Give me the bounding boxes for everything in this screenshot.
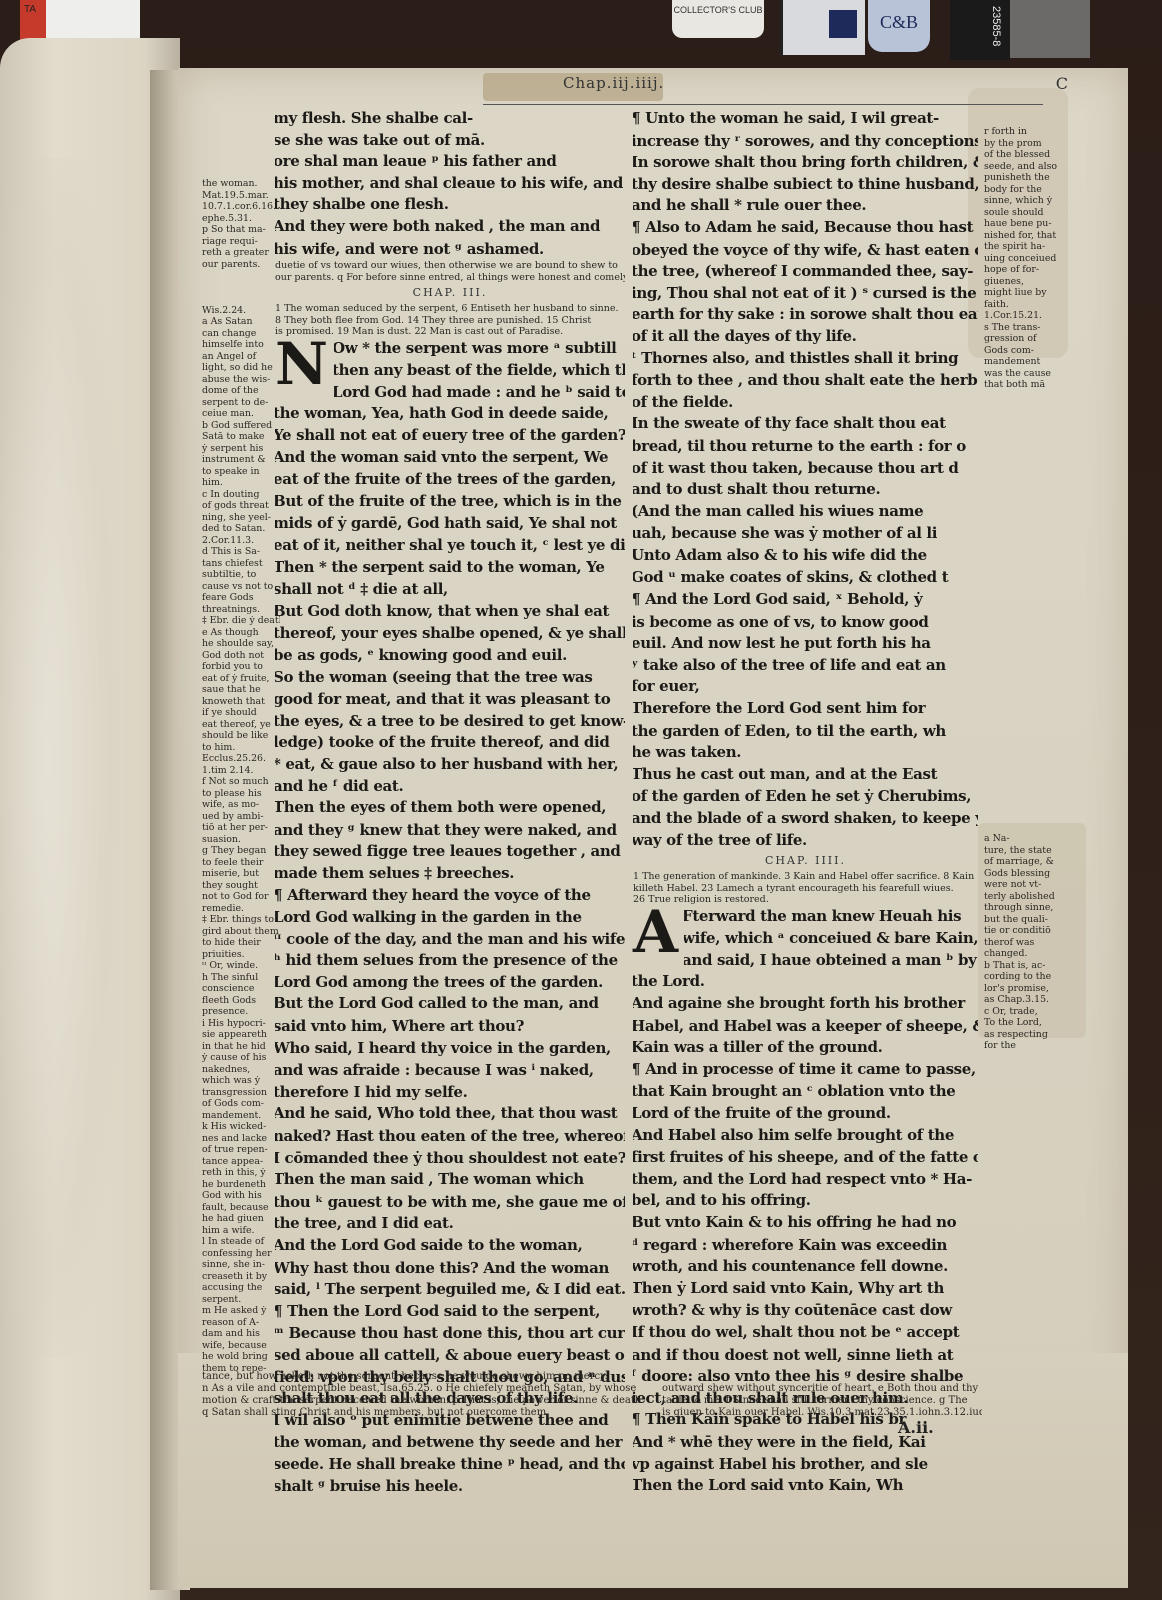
verse-line: then any beast of the fielde, which the (334, 360, 625, 382)
note-line: knoweth that (202, 696, 280, 708)
verse-line: 5But God doth know, that when ye shal ea… (275, 601, 625, 624)
right-text-column: 16¶ Unto the woman he said, I wil great-… (633, 108, 978, 1498)
verse-line: of it all the dayes of thy life. (633, 326, 978, 348)
verse-line: 13And the Lord God saide to the woman, (275, 1235, 625, 1258)
verse-text: But God doth know, that when ye shal eat (275, 602, 609, 620)
verse-text: seede. He shall breake thine ᵖ head, and… (275, 1455, 625, 1473)
note-line: ephe.5.31. (202, 213, 280, 225)
verse-text: se she was take out of mā. (275, 131, 485, 149)
verse-line: good for meat, and that it was pleasant … (275, 689, 625, 711)
collector-mug: COLLECTOR'S CLUB (672, 0, 764, 38)
note-line: e As though (202, 627, 280, 639)
note-line: of the blessed (984, 149, 1064, 161)
verse-line: earth for thy sake : in sorowe shalt tho… (633, 304, 978, 326)
verse-line: is become as one of vs, to know good (633, 612, 978, 634)
verse-text: And the woman said vnto the serpent, We (275, 448, 608, 466)
verse-text: the eyes, & a tree to be desired to get … (275, 712, 625, 730)
note-line: To the Lord, (984, 1017, 1064, 1029)
verse-line: 24Thus he cast out man, and at the East (633, 764, 978, 787)
verse-text: sed aboue all cattell, & aboue euery bea… (275, 1346, 625, 1364)
chapter-3-verses-continued: 16¶ Unto the woman he said, I wil great-… (633, 108, 978, 851)
verse-line: ʰ hid them selues from the presence of t… (275, 950, 625, 972)
note-line: riage requi- (202, 236, 280, 248)
note-line: as Chap.3.15. (984, 994, 1064, 1006)
verse-text: uah, because she was ẏ mother of al li (633, 524, 937, 542)
verse-line: the eyes, & a tree to be desired to get … (275, 711, 625, 733)
verse-text: and the blade of a sword shaken, to keep… (633, 809, 978, 827)
verse-text: ¶ Afterward they heard the voyce of the (275, 886, 591, 904)
verse-line: 10Who said, I heard thy voice in the gar… (275, 1038, 625, 1061)
chapter-3-verses: N1Ow * the serpent was more ᵃ subtillthe… (275, 338, 625, 1497)
verse-line: the tree, (whereof I commanded thee, say… (633, 261, 978, 283)
verse-line: and the blade of a sword shaken, to keep… (633, 808, 978, 830)
verse-text: first fruites of his sheepe, and of the … (633, 1148, 978, 1166)
verse-line: 2And the woman said vnto the serpent, We (275, 447, 625, 470)
note-line (202, 293, 280, 305)
note-line: killeth Habel. 23 Lamech a tyrant encour… (633, 883, 978, 895)
chapter-4-argument: 1 The generation of mankinde. 3 Kain and… (633, 871, 978, 906)
verse-line: 5But vnto Kain & to his offring he had n… (633, 1212, 978, 1235)
verse-line: ᵐ Because thou hast done this, thou art … (275, 1323, 625, 1345)
note-line: changed. (984, 948, 1064, 960)
verse-line: In sorowe shalt thou bring forth childre… (633, 152, 978, 174)
note-line: motion & craft the serpent deceiued the … (202, 1395, 652, 1407)
note-line: ceiue man. (202, 408, 280, 420)
verse-text: But of the fruite of the tree, which is … (275, 492, 622, 510)
note-line: 8 They both flee from God. 14 They three… (275, 315, 625, 327)
note-line: to speake in (202, 466, 280, 478)
verse-text: And * whē they were in the field, Kai (633, 1433, 926, 1451)
gray-box (1010, 0, 1090, 58)
verse-text: shall not ᵈ ‡ die at all, (275, 580, 448, 598)
verse-text: of the garden of Eden he set ẏ Cherubims… (633, 787, 971, 805)
note-line: creaseth it by (202, 1271, 280, 1283)
note-line: q Satan shall sting Christ and his membe… (202, 1407, 652, 1419)
verse-text: thou ᵏ gauest to be with me, she gaue me… (275, 1193, 625, 1211)
verse-line: said, ˡ The serpent beguiled me, & I did… (275, 1279, 625, 1301)
verse-text: my flesh. She shalbe cal- (275, 109, 473, 127)
verse-text: bel, and to his offring. (633, 1191, 811, 1209)
verse-line: ore shal man leaue ᵖ his father and (275, 151, 625, 173)
verse-line: ᶦᶦ coole of the day, and the man and his… (275, 929, 625, 951)
verse-line: 9But the Lord God called to the man, and (275, 993, 625, 1016)
verse-line: shalt ᵍ bruise his heele. (275, 1476, 625, 1498)
note-line: if ye should (202, 707, 280, 719)
verse-line: sed aboue all cattell, & aboue euery bea… (275, 1345, 625, 1367)
note-line: punisheth the (984, 172, 1064, 184)
verse-text: Lord of the fruite of the ground. (633, 1104, 891, 1122)
verse-line: * eat, & gaue also to her husband with h… (275, 754, 625, 776)
verse-text: wroth? & why is thy coūtenāce cast dow (633, 1301, 952, 1319)
verse-text: ¶ Unto the woman he said, I wil great- (633, 109, 939, 127)
verse-text: wroth, and his countenance fell downe. (633, 1257, 948, 1275)
right-margin-notes-top: r forth inby the promof the blessedseede… (984, 126, 1064, 391)
note-line: of true repen- (202, 1144, 280, 1156)
verse-text: his mother, and shal cleaue to his wife,… (275, 174, 623, 192)
left-object: TA (20, 0, 140, 42)
verse-text: thy desire shalbe subiect to thine husba… (633, 175, 978, 193)
note-line: an Angel of (202, 351, 280, 363)
note-line: c In douting (202, 489, 280, 501)
verse-text: ᵐ Because thou hast done this, thou art … (275, 1324, 625, 1342)
note-line: 26 True religion is restored. (633, 894, 978, 906)
verse-text: be as gods, ᵉ knowing good and euil. (275, 646, 567, 664)
note-line: s The trans- (984, 322, 1064, 334)
note-line: l In steade of (202, 1236, 280, 1248)
verse-line: made them selues ‡ breeches. (275, 863, 625, 885)
running-head: Chap.iij.iiij. (563, 74, 664, 92)
verse-text: euil. And now lest he put forth his ha (633, 634, 931, 652)
note-line: 1.tim 2.14. (202, 765, 280, 777)
verse-text: Unto Adam also & to his wife did the (633, 546, 927, 564)
note-line: fault, because (202, 1202, 280, 1214)
chapter-3-argument: 1 The woman seduced by the serpent, 6 En… (275, 303, 625, 338)
verse-line: therefore I hid my selfe. (275, 1082, 625, 1104)
note-line: for the (984, 1040, 1064, 1052)
note-line: sinne, she in- (202, 1259, 280, 1271)
verse-line: way of the tree of life. (633, 830, 978, 852)
verse-text: increase thy ʳ sorowes, and thy concepti… (633, 132, 978, 150)
verse-text: and he ᶠ did eat. (275, 777, 403, 795)
note-line: cause vs not to (202, 581, 280, 593)
verse-text: obeyed the voyce of thy wife, & hast eat… (633, 241, 978, 259)
note-line: accusing the (202, 1282, 280, 1294)
note-line: k His wicked- (202, 1121, 280, 1133)
verse-text: God ᵘ make coates of skins, & clothed t (633, 568, 948, 586)
note-line: d This is Sa- (202, 546, 280, 558)
verse-line: Why hast thou done this? And the woman (275, 1258, 625, 1280)
verse-line: Lord God walking in the garden in the (275, 907, 625, 929)
verse-text: Kain was a tiller of the ground. (633, 1038, 883, 1056)
verse-line: and said, I haue obteined a man ᵇ by (684, 950, 978, 972)
note-line: ‡ Ebr. die ẏ death (202, 615, 280, 627)
verse-text: In the sweate of thy face shalt thou eat (633, 414, 946, 432)
note-line: but the quali- (984, 914, 1064, 926)
note-line: soule should (984, 207, 1064, 219)
note-line: gird about them (202, 926, 280, 938)
note-line: feare Gods (202, 592, 280, 604)
note-line: ᶦᶦ Or, winde. (202, 960, 280, 972)
note-line: forbid you to (202, 661, 280, 673)
left-margin-notes: the woman.Mat.19.5.mar.10.7.1.cor.6.16.e… (202, 178, 280, 1374)
note-line: not to God for (202, 891, 280, 903)
note-line: he shoulde say, (202, 638, 280, 650)
verse-text: ing, Thou shal not eat of it ) ˢ cursed … (633, 284, 976, 302)
signature-mark: A.ii. (898, 1418, 934, 1437)
note-line: confessing her (202, 1248, 280, 1260)
note-line: Mat.19.5.mar. (202, 190, 280, 202)
verse-text: Therefore the Lord God sent him for (633, 699, 925, 717)
verse-text: and was afraide : because I was ⁱ naked, (275, 1061, 594, 1079)
tin-cb: C&B (868, 0, 930, 52)
verse-line: wroth, and his countenance fell downe. (633, 1256, 978, 1278)
note-line (202, 282, 280, 294)
verse-line: of it wast thou taken, because thou art … (633, 458, 978, 480)
drop-cap: N (275, 340, 328, 388)
note-line: conscience (202, 983, 280, 995)
note-line: can change (202, 328, 280, 340)
verse-text: earth for thy sake : in sorowe shalt tho… (633, 305, 978, 323)
note-line: of marriage, & (984, 856, 1064, 868)
note-line: God with his (202, 1190, 280, 1202)
chapter-4-title: CHAP. IIII. (633, 853, 978, 869)
verse-line: said vnto him, Where art thou? (275, 1016, 625, 1038)
verse-line: thereof, your eyes shalbe opened, & ye s… (275, 623, 625, 645)
verse-line: forth to thee , and thou shalt eate the … (633, 370, 978, 392)
note-line: terly abolished (984, 891, 1064, 903)
verse-line: wife, which ᵃ conceiued & bare Kain, (684, 928, 978, 950)
note-line (202, 270, 280, 282)
verse-line: 2And againe she brought forth his brothe… (633, 993, 978, 1016)
verse-line: 17¶ Also to Adam he said, Because thou h… (633, 217, 978, 240)
verse-text: them, and the Lord had respect vnto * Ha… (633, 1170, 972, 1188)
verse-text: * eat, & gaue also to her husband with h… (275, 755, 618, 773)
verse-text: If thou do wel, shalt thou not be ᵉ acce… (633, 1323, 959, 1341)
note-line: duetie of vs toward our wiues, then othe… (275, 260, 625, 272)
note-line: God doth not (202, 650, 280, 662)
verse-line: 7If thou do wel, shalt thou not be ᵉ acc… (633, 1322, 978, 1345)
note-line: reth in this, ẏ (202, 1167, 280, 1179)
verse-text: mids of ẏ gardē, God hath said, Ye shal … (275, 514, 617, 532)
note-line: to please his (202, 788, 280, 800)
note-line: ẏ serpent his (202, 443, 280, 455)
verse-text: And the Lord God saide to the woman, (275, 1236, 582, 1254)
verse-line: thy desire shalbe subiect to thine husba… (633, 174, 978, 196)
note-line: is promised. 19 Man is dust. 22 Man is c… (275, 326, 625, 338)
verse-text: shalt ᵍ bruise his heele. (275, 1477, 463, 1495)
note-line: by the prom (984, 138, 1064, 150)
verse-line: mids of ẏ gardē, God hath said, Ye shal … (275, 513, 625, 535)
verse-line: of the fielde. (633, 392, 978, 414)
verse-text: Lord God walking in the garden in the (275, 908, 582, 926)
note-line: g They began (202, 845, 280, 857)
note-line: was the cause (984, 368, 1064, 380)
verse-line: the Lord. (633, 971, 978, 993)
note-line: tans chiefest (202, 558, 280, 570)
verse-line: 8¶ Afterward they heard the voyce of the (275, 885, 625, 908)
verse-line: 3¶ And in processe of time it came to pa… (633, 1059, 978, 1082)
note-line: is giuen to Kain ouer Habel. Wis.10.3.ma… (662, 1407, 982, 1419)
note-line: gression of (984, 333, 1064, 345)
verse-text: Ow * the serpent was more ᵃ subtill (334, 339, 617, 357)
verse-text: ᵗ Thornes also, and thistles shall it br… (633, 349, 958, 367)
verse-line: euil. And now lest he put forth his ha (633, 633, 978, 655)
note-line: abuse the wis- (202, 374, 280, 386)
verse-text: naked? Hast thou eaten of the tree, wher… (275, 1127, 625, 1145)
verse-line: they sewed figge tree leaues together , … (275, 841, 625, 863)
note-line: Gods com- (984, 345, 1064, 357)
verse-line: seede. He shall breake thine ᵖ head, and… (275, 1454, 625, 1476)
verse-line: shall not ᵈ ‡ die at all, (275, 579, 625, 601)
verse-text: he was taken. (633, 743, 741, 761)
note-line: transgression (202, 1087, 280, 1099)
verse-line: his wife, and were not ᵍ ashamed. (275, 239, 625, 261)
note-line: light, so did he (202, 362, 280, 374)
verse-line: the garden of Eden, to til the earth, wh (633, 721, 978, 743)
verse-text: and he shall * rule ouer thee. (633, 196, 866, 214)
note-line: table to me. f Sinne shall still torment… (662, 1395, 982, 1407)
page-stain (0, 158, 120, 1358)
verse-line: 4And Habel also him selfe brought of the (633, 1125, 978, 1148)
verse-text: forth to thee , and thou shalt eate the … (633, 371, 978, 389)
note-line: should be like (202, 730, 280, 742)
verse-text: thereof, your eyes shalbe opened, & ye s… (275, 624, 625, 642)
note-line: him a wife. (202, 1225, 280, 1237)
note-line: hope of for- (984, 264, 1064, 276)
verse-line: ledge) tooke of the fruite thereof, and … (275, 732, 625, 754)
note-line: b God suffered (202, 420, 280, 432)
verse-text: I cōmanded thee ẏ thou shouldest not eat… (275, 1149, 625, 1167)
verse-line: obeyed the voyce of thy wife, & hast eat… (633, 240, 978, 262)
verse-line: them, and the Lord had respect vnto * Ha… (633, 1169, 978, 1191)
verse-text: and if thou doest not well, sinne lieth … (633, 1346, 953, 1364)
note-line: in that he hid (202, 1041, 280, 1053)
note-line: ture, the state (984, 845, 1064, 857)
note-line: ning, she yeel- (202, 512, 280, 524)
verse-text: So the woman (seeing that the tree was (275, 668, 592, 686)
note-line: seede, and also (984, 161, 1064, 173)
verse-line: 16¶ Unto the woman he said, I wil great- (633, 108, 978, 131)
note-line: serpent to de- (202, 397, 280, 409)
verse-line: 19In the sweate of thy face shalt thou e… (633, 413, 978, 436)
note-line: serpent. (202, 1294, 280, 1306)
verse-line: 25And they were both naked , the man and (275, 216, 625, 239)
verse-line: Lord God had made : and he ᵇ said to (334, 382, 625, 404)
verse-text: of the fielde. (633, 393, 733, 411)
note-line: dome of the (202, 385, 280, 397)
verse-line: God ᵘ make coates of skins, & clothed t (633, 567, 978, 589)
verse-text: the woman, and betwene thy seede and her (275, 1433, 622, 1451)
verse-text: ʰ hid them selues from the presence of t… (275, 951, 618, 969)
verse-text: ore shal man leaue ᵖ his father and (275, 152, 557, 170)
footnotes-right: outward shew without synceritie of heart… (662, 1383, 982, 1419)
verse-text: In sorowe shalt thou bring forth childre… (633, 153, 978, 171)
verse-text: Ye shall not eat of euery tree of the ga… (275, 426, 625, 444)
verse-line: increase thy ʳ sorowes, and thy concepti… (633, 131, 978, 153)
note-line: wife, as mo- (202, 799, 280, 811)
note-line: saue that he (202, 684, 280, 696)
verse-line: Lord God among the trees of the garden. (275, 972, 625, 994)
verse-line: eat of it, neither shal ye touch it, ᶜ l… (275, 535, 625, 557)
verse-text: and they ᵍ knew that they were naked, an… (275, 821, 617, 839)
verse-text: And they were both naked , the man and (275, 217, 600, 235)
note-line: a Na- (984, 833, 1064, 845)
verse-line: his mother, and shal cleaue to his wife,… (275, 173, 625, 195)
verse-line: vp against Habel his brother, and sle (633, 1454, 978, 1476)
genesis-2-footnote-tail: duetie of vs toward our wiues, then othe… (275, 260, 625, 283)
note-line: the spirit ha- (984, 241, 1064, 253)
verse-line: 4Then * the serpent said to the woman, Y… (275, 557, 625, 580)
verse-line: ᵈ regard : wherefore Kain was exceedin (633, 1235, 978, 1257)
note-line: h The sinful (202, 972, 280, 984)
note-line: to him. (202, 742, 280, 754)
verse-text: said, ˡ The serpent beguiled me, & I did… (275, 1280, 625, 1298)
note-line: lor's promise, (984, 983, 1064, 995)
verse-text: his wife, and were not ᵍ ashamed. (275, 240, 544, 258)
verse-line: they shalbe one flesh. (275, 194, 625, 216)
verse-text: Why hast thou done this? And the woman (275, 1259, 609, 1277)
note-line: outward shew without synceritie of heart… (662, 1383, 982, 1395)
page-letter: C (1056, 74, 1068, 93)
verse-line: ing, Thou shal not eat of it ) ˢ cursed … (633, 283, 978, 305)
drop-cap: A (633, 908, 678, 956)
note-line: that both mā (984, 379, 1064, 391)
note-line: sie appeareth (202, 1029, 280, 1041)
verse-line: 22¶ And the Lord God said, ˣ Behold, ẏ (633, 589, 978, 612)
verse-text: for euer, (633, 677, 699, 695)
verse-line: 14¶ Then the Lord God said to the serpen… (275, 1301, 625, 1324)
verse-line: he was taken. (633, 742, 978, 764)
verse-text: and to dust shalt thou returne. (633, 480, 880, 498)
note-line: himselfe into (202, 339, 280, 351)
note-line: instrument & (202, 454, 280, 466)
verse-line: first fruites of his sheepe, and of the … (633, 1147, 978, 1169)
verse-text: Lord God had made : and he ᵇ said to (334, 383, 625, 401)
note-line: nes and lacke (202, 1133, 280, 1145)
verse-line: 18ᵗ Thornes also, and thistles shall it … (633, 348, 978, 371)
note-line: Wis.2.24. (202, 305, 280, 317)
verse-text: ¶ And in processe of time it came to pas… (633, 1060, 976, 1078)
left-text-column: my flesh. She shalbe cal-se she was take… (275, 108, 625, 1497)
note-line: were not vt- (984, 879, 1064, 891)
verse-text: of it all the dayes of thy life. (633, 327, 856, 345)
note-line: reth a greater (202, 247, 280, 259)
note-line: 2.Cor.11.3. (202, 535, 280, 547)
book-spine: 23585-8 (950, 0, 1010, 60)
genesis-2-tail: my flesh. She shalbe cal-se she was take… (275, 108, 625, 260)
verse-line: my flesh. She shalbe cal- (275, 108, 625, 130)
verse-line: 7Then the eyes of them both were opened, (275, 797, 625, 820)
note-line: body for the (984, 184, 1064, 196)
note-line: cording to the (984, 971, 1064, 983)
verse-text: they sewed figge tree leaues together , … (275, 842, 621, 860)
note-line: he burdeneth (202, 1179, 280, 1191)
note-line: of gods threat (202, 500, 280, 512)
note-line: f Not so much (202, 776, 280, 788)
note-line: 10.7.1.cor.6.16. (202, 201, 280, 213)
verse-line: the woman, and betwene thy seede and her (275, 1432, 625, 1454)
verse-line: 21Unto Adam also & to his wife did the (633, 545, 978, 568)
verse-text: they shalbe one flesh. (275, 195, 449, 213)
verse-text: the garden of Eden, to til the earth, wh (633, 722, 946, 740)
note-line: reason of A- (202, 1317, 280, 1329)
verse-line: for euer, (633, 676, 978, 698)
verse-text: Then the man said , The woman which (275, 1170, 584, 1188)
note-line: eat thereof, ye (202, 719, 280, 731)
verse-line: naked? Hast thou eaten of the tree, wher… (275, 1126, 625, 1148)
verse-text: Then the eyes of them both were opened, (275, 798, 606, 816)
verse-line: and was afraide : because I was ⁱ naked, (275, 1060, 625, 1082)
note-line: the woman. (202, 178, 280, 190)
note-line: haue bene pu- (984, 218, 1064, 230)
note-line: nakednes, (202, 1064, 280, 1076)
note-line: which was ẏ (202, 1075, 280, 1087)
verse-text: Who said, I heard thy voice in the garde… (275, 1039, 611, 1057)
note-line: faith. (984, 299, 1064, 311)
note-line: they sought (202, 880, 280, 892)
chapter-3-title: CHAP. III. (275, 285, 625, 301)
note-line: to hide their (202, 937, 280, 949)
note-line: giuenes, (984, 276, 1064, 288)
verse-text: the Lord. (633, 972, 705, 990)
note-line: tie or conditiō (984, 925, 1064, 937)
note-line: remedie. (202, 903, 280, 915)
verse-text: way of the tree of life. (633, 831, 807, 849)
verse-text: Then the Lord said vnto Kain, Wh (633, 1476, 903, 1494)
verse-line: and if thou doest not well, sinne lieth … (633, 1345, 978, 1367)
verse-line: 3But of the fruite of the tree, which is… (275, 491, 625, 514)
note-line: Ecclus.25.26. (202, 753, 280, 765)
